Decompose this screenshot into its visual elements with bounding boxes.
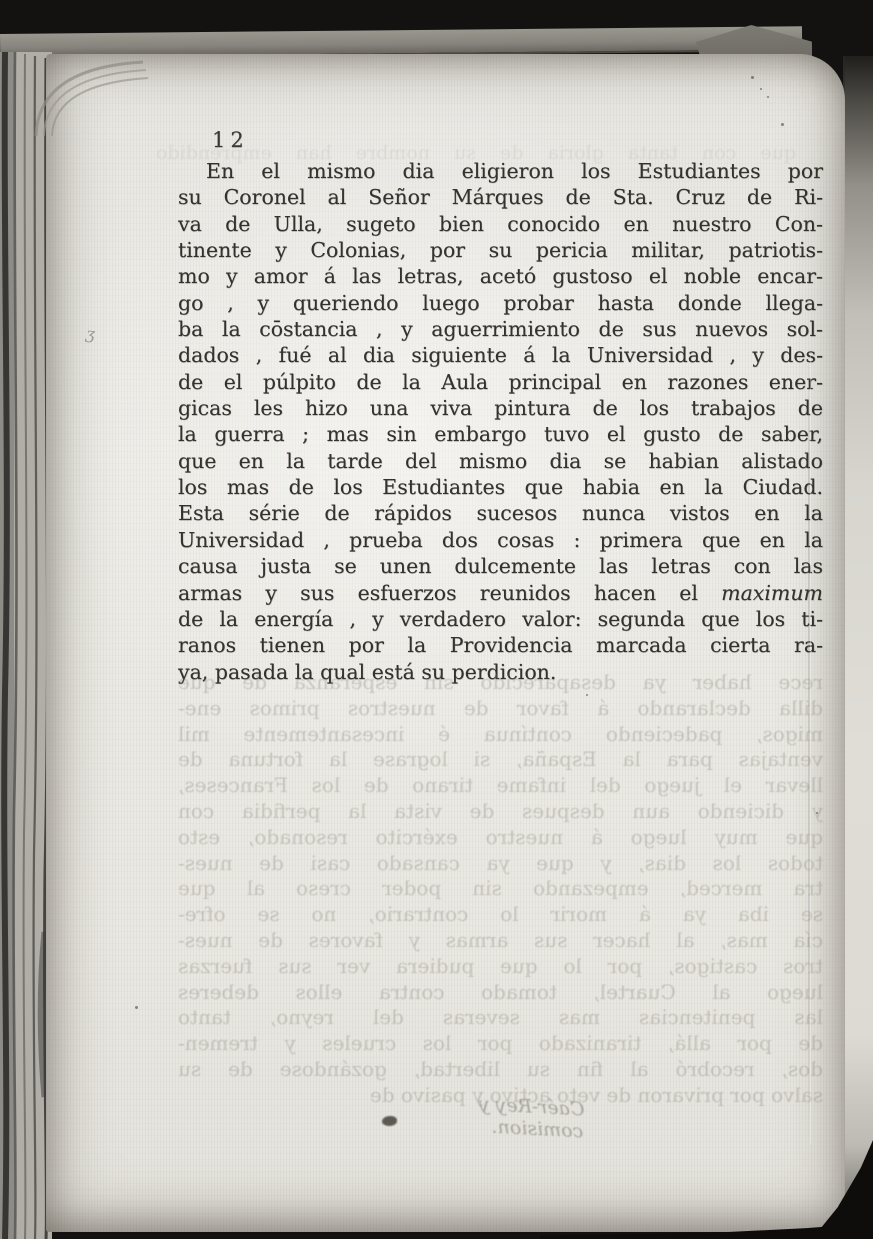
printed-text-line: de la energía , y verdadero valor: segun… bbox=[178, 606, 823, 632]
book-page: 12 ʒ que con tanta gloria de su nombre h… bbox=[46, 54, 845, 1232]
bleedthrough-text: rece haber ya desaparecido sin esperanza… bbox=[178, 670, 823, 1109]
printed-text-line: go , y queriendo luego probar hasta dond… bbox=[178, 290, 823, 316]
printed-text-line: su Coronel al Señor Márques de Sta. Cruz… bbox=[178, 184, 823, 210]
page-corner-edges bbox=[28, 46, 178, 136]
printed-paragraph: En el mismo dia eligieron los Estudiante… bbox=[178, 158, 823, 685]
printed-text-line: gicas les hizo una viva pintura de los t… bbox=[178, 395, 823, 421]
bleedthrough-line: que muy luego á nuestro exército resonad… bbox=[178, 825, 823, 851]
printed-text-line: mo y amor á las letras, acetó gustoso el… bbox=[178, 263, 823, 289]
printed-text-line: los mas de los Estudiantes que habia en … bbox=[178, 474, 823, 500]
bleedthrough-line: dos, recobró al fin su libertad, gozándo… bbox=[178, 1057, 823, 1083]
page-edges-left bbox=[0, 52, 52, 1239]
bleedthrough-line: llevar el juego del infame tirano de los… bbox=[178, 773, 823, 799]
bleedthrough-line: tra merced, empezando sin poder creso al… bbox=[178, 876, 823, 902]
paper-speck bbox=[586, 694, 588, 696]
printed-text-line: causa justa se unen dulcemente las letra… bbox=[178, 553, 823, 579]
bleedthrough-line: dilla declarando á favor de nuestros pri… bbox=[178, 696, 823, 722]
printed-text-line: tinente y Colonias, por su pericia milit… bbox=[178, 237, 823, 263]
bleedthrough-line: tros castigos, por lo que pudiera ver su… bbox=[178, 954, 823, 980]
printed-text-line: la guerra ; mas sin embargo tuvo el gust… bbox=[178, 421, 823, 447]
paper-speck bbox=[751, 76, 754, 79]
bleedthrough-line: de por allá, tiranizado por los crueles … bbox=[178, 1031, 823, 1057]
printed-text-line: armas y sus esfuerzos reunidos hacen el … bbox=[178, 580, 823, 606]
ink-blot bbox=[382, 1116, 397, 1126]
book-scan: 12 ʒ que con tanta gloria de su nombre h… bbox=[0, 0, 873, 1239]
printed-text-line: Universidad , prueba dos cosas : primera… bbox=[178, 527, 823, 553]
paper-speck bbox=[760, 88, 762, 90]
bleedthrough-line: todos los dias, y que ya cansado casi de… bbox=[178, 851, 823, 877]
printed-text-line: de el púlpito de la Aula principal en ra… bbox=[178, 369, 823, 395]
bleedthrough-line: se iba ya á morir lo contrario, no se of… bbox=[178, 902, 823, 928]
paper-speck bbox=[781, 123, 784, 126]
printed-text-line: va de Ulla, sugeto bien conocido en nues… bbox=[178, 211, 823, 237]
page-edges-right bbox=[843, 56, 873, 1226]
bleedthrough-signature: Caér-Rey y comision. bbox=[413, 1090, 585, 1143]
bleedthrough-line: rece haber ya desaparecido sin esperanza… bbox=[178, 670, 823, 696]
printed-text-line: En el mismo dia eligieron los Estudiante… bbox=[178, 158, 823, 184]
printed-text-line: que en la tarde del mismo dia se habian … bbox=[178, 448, 823, 474]
paper-speck bbox=[767, 96, 769, 98]
bleedthrough-line: luego al Cuartel, tomado contra ellos de… bbox=[178, 980, 823, 1006]
paper-speck bbox=[736, 175, 738, 177]
bleedthrough-line: ventajas para la España, si lograse la f… bbox=[178, 747, 823, 773]
bleedthrough-line: migos, padeciendo contínua é incesanteme… bbox=[178, 722, 823, 748]
bleedthrough-line: las penitencias mas severas del reyno, t… bbox=[178, 1005, 823, 1031]
printed-text-line: ranos tienen por la Providencia marcada … bbox=[178, 632, 823, 658]
printed-text-line: dados , fué al dia siguiente á la Univer… bbox=[178, 342, 823, 368]
bleedthrough-line: cía mas, al hacer sus armas y favores de… bbox=[178, 928, 823, 954]
bleedthrough-line: y diciendo aun despues de vista la perfi… bbox=[178, 799, 823, 825]
printed-text-line: ba la cōstancia , y aguerrimiento de sus… bbox=[178, 316, 823, 342]
printed-text-line: Esta série de rápidos sucesos nunca vist… bbox=[178, 500, 823, 526]
paper-crease bbox=[808, 354, 810, 1144]
margin-mark: ʒ bbox=[85, 323, 97, 343]
paper-speck bbox=[135, 1006, 138, 1009]
paper-speck bbox=[816, 812, 818, 814]
